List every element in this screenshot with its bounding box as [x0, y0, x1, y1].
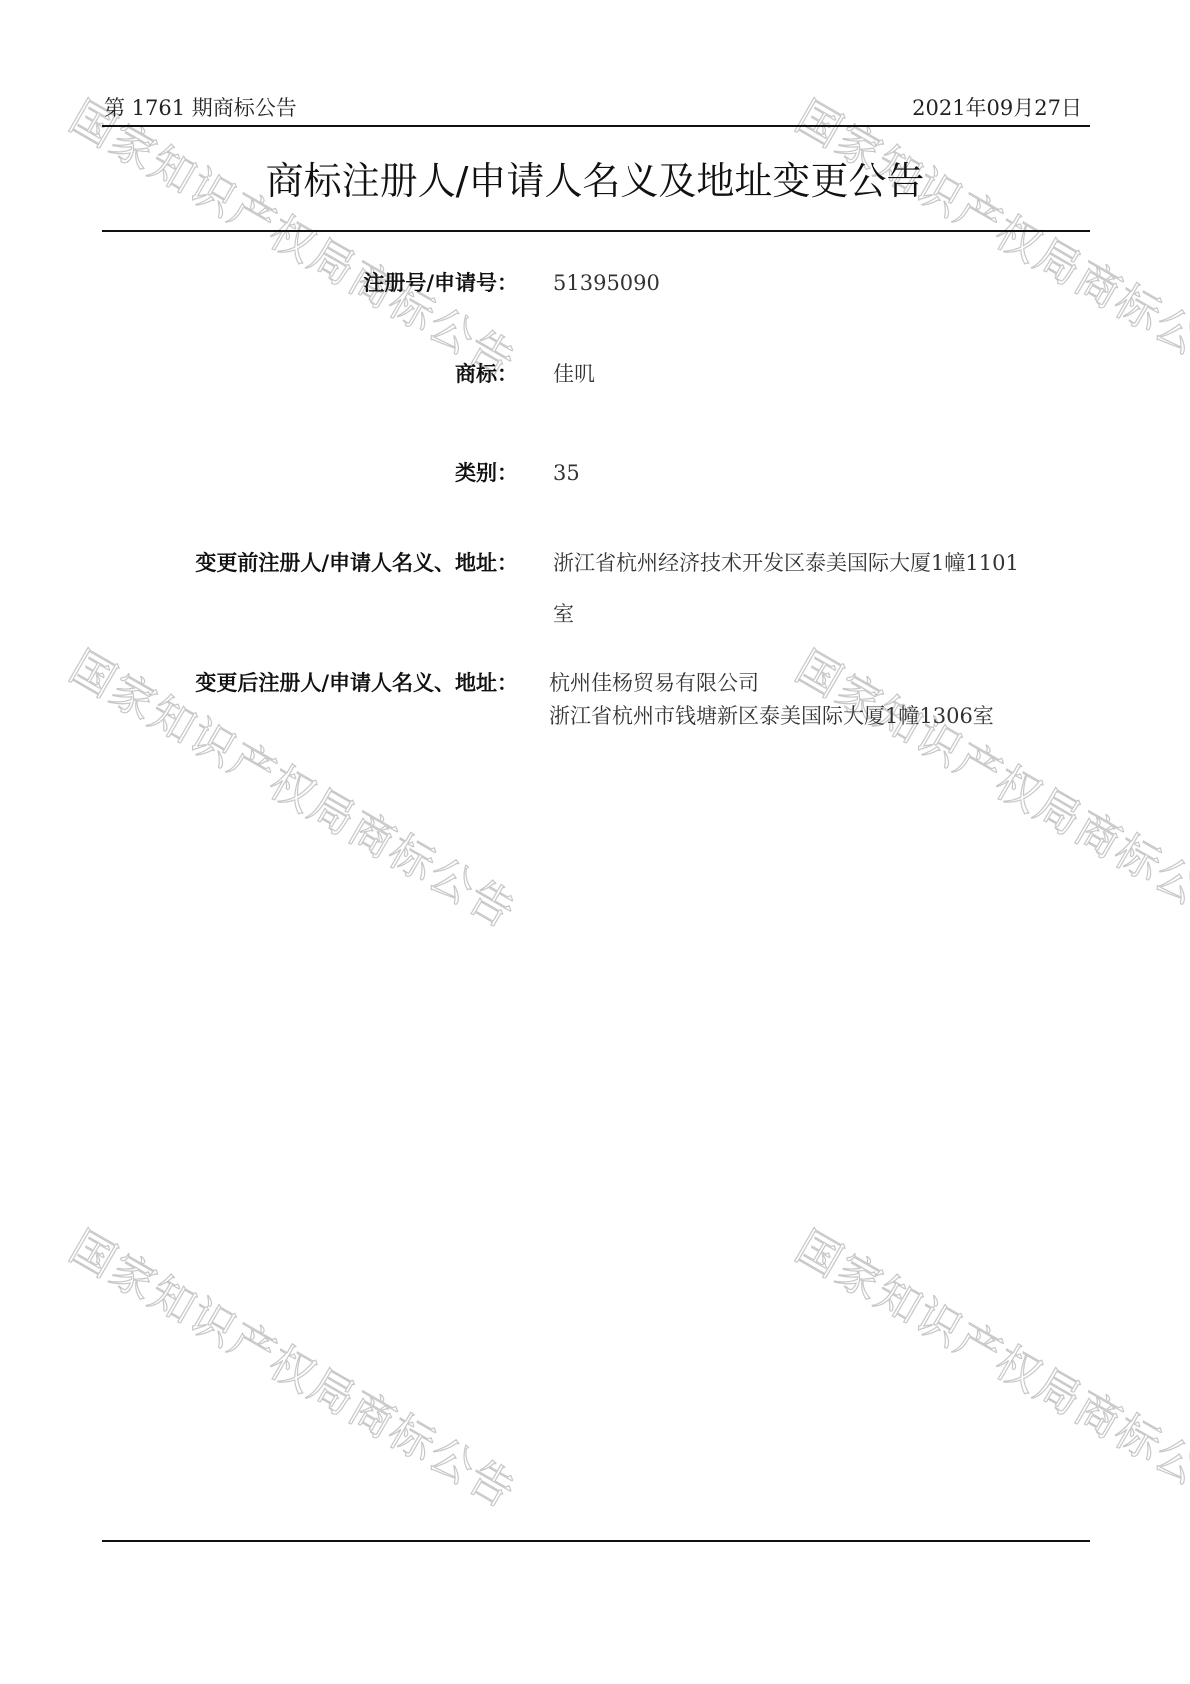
reg-no-value: 51395090: [553, 267, 1073, 300]
class-label: 类别：: [455, 457, 518, 487]
before-value: 浙江省杭州经济技术开发区泰美国际大厦1幢1101 室: [553, 547, 1073, 631]
trademark-value: 佳叽: [553, 358, 1073, 391]
watermark: 国家知识产权局商标公告: [60, 82, 530, 390]
page-title: 商标注册人/申请人名义及地址变更公告: [0, 150, 1190, 205]
after-value: 杭州佳杨贸易有限公司 浙江省杭州市钱塘新区泰美国际大厦1幢1306室: [549, 667, 1069, 733]
before-line: 浙江省杭州经济技术开发区泰美国际大厦1幢1101: [553, 547, 1073, 580]
after-line: 杭州佳杨贸易有限公司: [549, 667, 1069, 700]
class-value: 35: [553, 457, 1073, 490]
watermark: 国家知识产权局商标公告: [786, 1212, 1190, 1520]
issue-number: 第 1761 期商标公告: [104, 92, 297, 122]
before-line: 室: [553, 598, 1073, 631]
reg-no-label: 注册号/申请号：: [363, 267, 518, 297]
before-label: 变更前注册人/申请人名义、地址：: [195, 547, 518, 577]
trademark-label: 商标：: [455, 358, 518, 388]
watermark: 国家知识产权局商标公告: [60, 1212, 530, 1520]
after-label: 变更后注册人/申请人名义、地址：: [195, 667, 518, 697]
title-rule: [102, 230, 1090, 232]
publication-date: 2021年09月27日: [912, 92, 1082, 122]
footer-rule: [102, 1540, 1090, 1542]
after-line: 浙江省杭州市钱塘新区泰美国际大厦1幢1306室: [549, 700, 1069, 733]
header-rule: [102, 125, 1090, 127]
watermark: 国家知识产权局商标公告: [786, 82, 1190, 390]
